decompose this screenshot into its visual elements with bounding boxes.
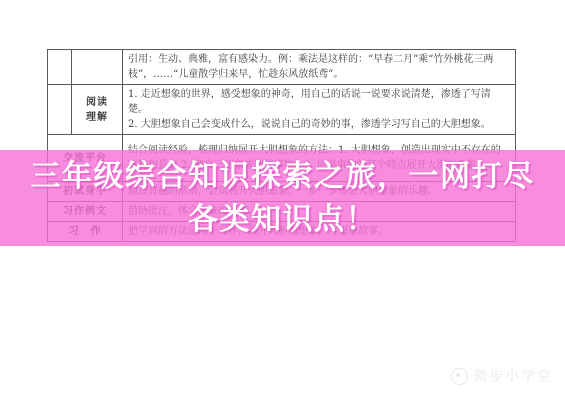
watermark-text: 领步小学堂	[473, 366, 553, 386]
table-spacer-cell	[48, 50, 72, 85]
table-row: 阅读 理解 1. 走近想象的世界，感受想象的神奇，用自己的话说一说要求说清楚，渗…	[48, 85, 516, 135]
watermark: 领步小学堂	[451, 366, 553, 386]
row-content-quote: 引用：生动、典雅，富有感染力。例：乘法是这样的：“早春二月”乘“竹外桃花三两枝”…	[123, 50, 516, 85]
row-content-reading: 1. 走近想象的世界，感受想象的神奇，用自己的话说一说要求说清楚，渗透了写清楚。…	[123, 85, 516, 135]
banner-title-line2: 各类知识点！	[188, 198, 377, 241]
watermark-logo-icon	[451, 368, 468, 385]
title-banner: 三年级综合知识探索之旅，一网打尽 各类知识点！	[0, 150, 565, 246]
row-header-empty	[72, 50, 123, 85]
table-row: 引用：生动、典雅，富有感染力。例：乘法是这样的：“早春二月”乘“竹外桃花三两枝”…	[48, 50, 516, 85]
article-cover-image: 引用：生动、典雅，富有感染力。例：乘法是这样的：“早春二月”乘“竹外桃花三两枝”…	[0, 0, 565, 400]
banner-title-line1: 三年级综合知识探索之旅，一网打尽	[31, 155, 535, 198]
row-header-reading: 阅读 理解	[72, 85, 123, 135]
table-spacer-cell	[48, 85, 72, 135]
